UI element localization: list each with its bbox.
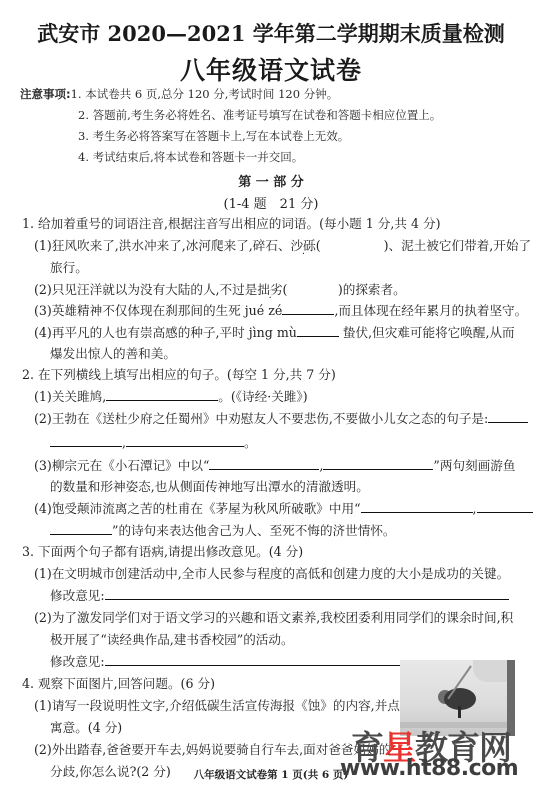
answer-blank[interactable] — [282, 303, 334, 315]
q2-item-1: (1)关关雎鸠,。(《诗经·关雎》) — [34, 386, 308, 405]
answer-blank[interactable] — [488, 411, 528, 423]
answer-blank[interactable] — [323, 458, 433, 470]
answer-blank[interactable] — [209, 458, 319, 470]
q1-text: (2)只见汪洋就以为没有大陆的人,不过是 — [34, 282, 257, 297]
answer-blank[interactable] — [50, 523, 112, 535]
q1-text: (4)再平凡的人也有崇高感的种子,平时 jìng mù — [34, 325, 297, 340]
q2-stem: 2. 在下列横线上填写出相应的句子。(每空 1 分,共 7 分) — [22, 364, 336, 383]
q3-item-1: (1)在文明城市创建活动中,全市人民参与程度的高低和创建力度的大小是成功的关键。 — [34, 563, 509, 582]
q3-item-2: (2)为了激发同学们对于语文学习的兴趣和语文素养,我校团委利用同学们的课余时间,… — [34, 607, 513, 626]
q2-text: 。(《诗经·关雎》) — [218, 389, 307, 404]
notice-item: 3. 考生务必将答案写在答题卡上,写在本试卷上无效。 — [78, 128, 349, 144]
q4-stem: 4. 观察下面图片,回答问题。(6 分) — [22, 673, 215, 692]
q4-item-1: (1)请写一段说明性文字,介绍低碳生活宣传海报《蚀》的内容,并点明 — [34, 695, 412, 714]
exam-title: 武安市 2020—2021 学年第二学期期末质量检测 — [0, 18, 542, 48]
q1-item-1-cont: 旅行。 — [50, 257, 88, 276]
answer-blank-paren[interactable]: ( )、泥土被它们带着,开始了 — [316, 238, 531, 253]
q3-item-2-cont: 极开展了“读经典作品,建书香校园”的活动。 — [50, 629, 294, 648]
notice-item: 2. 答题前,考生务必将姓名、准考证号填写在试卷和答题卡相应位置上。 — [78, 107, 441, 123]
notice-item: 1. 本试卷共 6 页,总分 120 分,考试时间 120 分钟。 — [71, 87, 339, 101]
q2-item-3-cont: 的数量和形神姿态,也从侧面传神地写出潭水的清澈透明。 — [50, 476, 369, 495]
exam-subtitle: 八年级语文试卷 — [0, 51, 542, 87]
q1-text: (3)英雄精神不仅体现在刹那间的生死 jué zé — [34, 303, 282, 318]
q1-item-4-cont: 爆发出惊人的善和美。 — [50, 343, 176, 362]
fix-label: 修改意见: — [50, 654, 105, 669]
answer-blank[interactable] — [50, 435, 122, 447]
q1-item-2: (2)只见汪洋就以为没有大陆的人,不过是拙劣( )的探索者。 — [34, 279, 406, 298]
answer-blank-paren[interactable]: ( )的探索者。 — [283, 282, 406, 297]
q1-text: ,而且体现在经年累月的执着坚守。 — [334, 303, 527, 318]
notice-label: 注意事项: — [20, 87, 71, 101]
period: 。 — [244, 435, 257, 450]
q2-item-4: (4)饱受颠沛流离之苦的杜甫在《茅屋为秋风所破歌》中用“, — [34, 498, 533, 517]
answer-blank[interactable] — [477, 501, 533, 513]
q1-item-1: (1)狂风吹来了,洪水冲来了,冰河爬来了,碎石、沙砾( )、泥土被它们带着,开始… — [34, 235, 531, 254]
fix-label: 修改意见: — [50, 588, 105, 603]
answer-blank[interactable] — [126, 435, 244, 447]
q2-text: ”两句刻画游鱼 — [433, 458, 515, 473]
q2-item-4-cont: ”的诗句来表达他舍己为人、至死不悔的济世情怀。 — [50, 520, 396, 539]
poster-hand-icon — [473, 660, 507, 682]
q2-item-3: (3)柳宗元在《小石潭记》中以“,”两句刻画游鱼 — [34, 455, 515, 474]
notice-item: 4. 考试结束后,将本试卷和答题卡一并交回。 — [78, 149, 303, 165]
q1-stem: 1. 给加着重号的词语注音,根据注音写出相应的词语。(每小题 1 分,共 4 分… — [22, 213, 441, 232]
q2-text: (2)王勃在《送杜少府之任蜀州》中劝慰友人不要悲伤,不要做小儿女之态的句子是: — [34, 411, 488, 426]
q2-text: ”的诗句来表达他舍己为人、至死不悔的济世情怀。 — [112, 523, 396, 538]
notice-line-1: 注意事项:1. 本试卷共 6 页,总分 120 分,考试时间 120 分钟。 — [20, 86, 338, 102]
section-range: (1-4 题 21 分) — [0, 193, 542, 212]
q2-item-2-cont: ,。 — [50, 432, 257, 451]
answer-blank[interactable] — [297, 325, 339, 337]
q3-stem: 3. 下面两个句子都有语病,请提出修改意见。(4 分) — [22, 541, 303, 560]
q4-item-2: (2)外出踏春,爸爸要开车去,妈妈说要骑自行车去,面对爸爸妈妈的 — [34, 739, 391, 758]
q2-text: (1)关关雎鸠, — [34, 389, 106, 404]
q2-text: (4)饱受颠沛流离之苦的杜甫在《茅屋为秋风所破歌》中用“ — [34, 501, 361, 516]
q1-item-4: (4)再平凡的人也有崇高感的种子,平时 jìng mù 蛰伏,但灾难可能将它唤醒… — [34, 322, 515, 341]
q1-text: 蛰伏,但灾难可能将它唤醒,从而 — [339, 325, 515, 340]
q3-fix-1: 修改意见: — [50, 585, 509, 604]
q1-item-3: (3)英雄精神不仅体现在刹那间的生死 jué zé,而且体现在经年累月的执着坚守… — [34, 300, 527, 319]
emphasized-word: 沙砾 — [291, 238, 316, 253]
section-title: 第 一 部 分 — [0, 171, 542, 190]
q4-item-1-cont: 寓意。(4 分) — [50, 717, 122, 736]
answer-blank[interactable] — [361, 501, 473, 513]
emphasized-word: 拙劣 — [257, 282, 282, 297]
poster-trunk — [458, 706, 461, 718]
q1-text: (1)狂风吹来了,洪水冲来了,冰河爬来了,碎石、 — [34, 238, 291, 253]
answer-blank[interactable] — [106, 389, 218, 401]
answer-line[interactable] — [105, 588, 509, 600]
q2-item-2: (2)王勃在《送杜少府之任蜀州》中劝慰友人不要悲伤,不要做小儿女之态的句子是: — [34, 408, 528, 427]
watermark-url: www.ht88.com — [340, 756, 518, 781]
q2-text: (3)柳宗元在《小石潭记》中以“ — [34, 458, 209, 473]
